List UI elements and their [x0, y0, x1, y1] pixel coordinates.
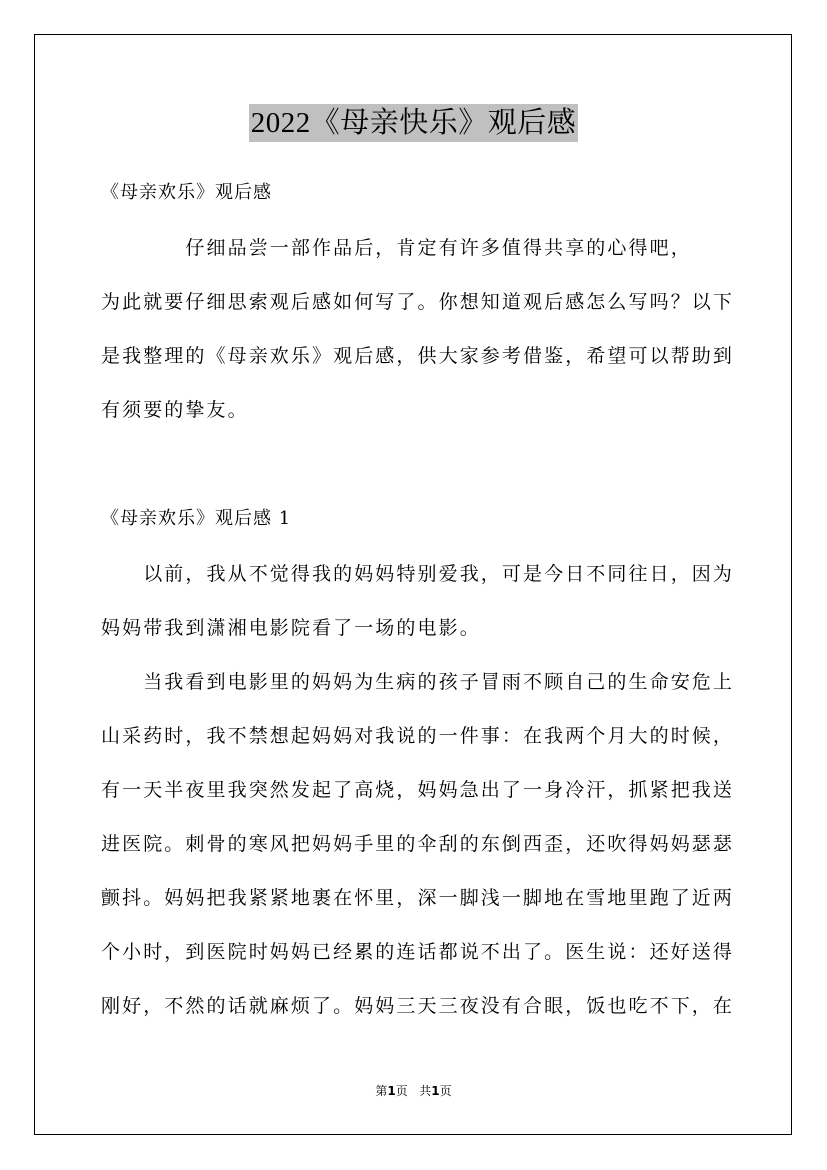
intro-heading: 《母亲欢乐》观后感	[101, 181, 729, 205]
document-title: 2022《母亲快乐》观后感	[249, 104, 579, 142]
page-suffix: 页	[396, 1084, 408, 1098]
page-footer: 第1页 共1页	[0, 1083, 827, 1099]
intro-line-4: 有须要的挚友。	[101, 398, 729, 422]
title-container: 2022《母亲快乐》观后感	[0, 104, 827, 142]
intro-line-3: 是我整理的《母亲欢乐》观后感，供大家参考借鉴，希望可以帮助到	[101, 344, 729, 368]
section1-heading: 《母亲欢乐》观后感 1	[101, 507, 729, 531]
total-suffix: 页	[440, 1084, 452, 1098]
intro-line-2: 为此就要仔细思索观后感如何写了。你想知道观后感怎么写吗？以下	[101, 290, 729, 314]
section1-line-8: 个小时，到医院时妈妈已经累的连话都说不出了。医生说：还好送得	[101, 940, 729, 964]
section1-line-3: 当我看到电影里的妈妈为生病的孩子冒雨不顾自己的生命安危上	[101, 670, 729, 694]
page-total: 1	[431, 1084, 439, 1098]
page-prefix: 第	[375, 1084, 387, 1098]
section1-line-1: 以前，我从不觉得我的妈妈特别爱我，可是今日不同往日，因为	[101, 562, 729, 586]
total-prefix: 共	[419, 1084, 431, 1098]
section1-line-2: 妈妈带我到潇湘电影院看了一场的电影。	[101, 616, 729, 640]
section1-line-5: 有一天半夜里我突然发起了高烧，妈妈急出了一身冷汗，抓紧把我送	[101, 778, 729, 802]
page-current: 1	[387, 1084, 395, 1098]
section1-line-7: 颤抖。妈妈把我紧紧地裹在怀里，深一脚浅一脚地在雪地里跑了近两	[101, 886, 729, 910]
section1-line-6: 进医院。刺骨的寒风把妈妈手里的伞刮的东倒西歪，还吹得妈妈瑟瑟	[101, 832, 729, 856]
section1-line-9: 刚好，不然的话就麻烦了。妈妈三天三夜没有合眼，饭也吃不下，在	[101, 994, 729, 1018]
intro-line-1: 仔细品尝一部作品后，肯定有许多值得共享的心得吧，	[101, 236, 729, 260]
section1-line-4: 山采药时，我不禁想起妈妈对我说的一件事：在我两个月大的时候，	[101, 724, 729, 748]
